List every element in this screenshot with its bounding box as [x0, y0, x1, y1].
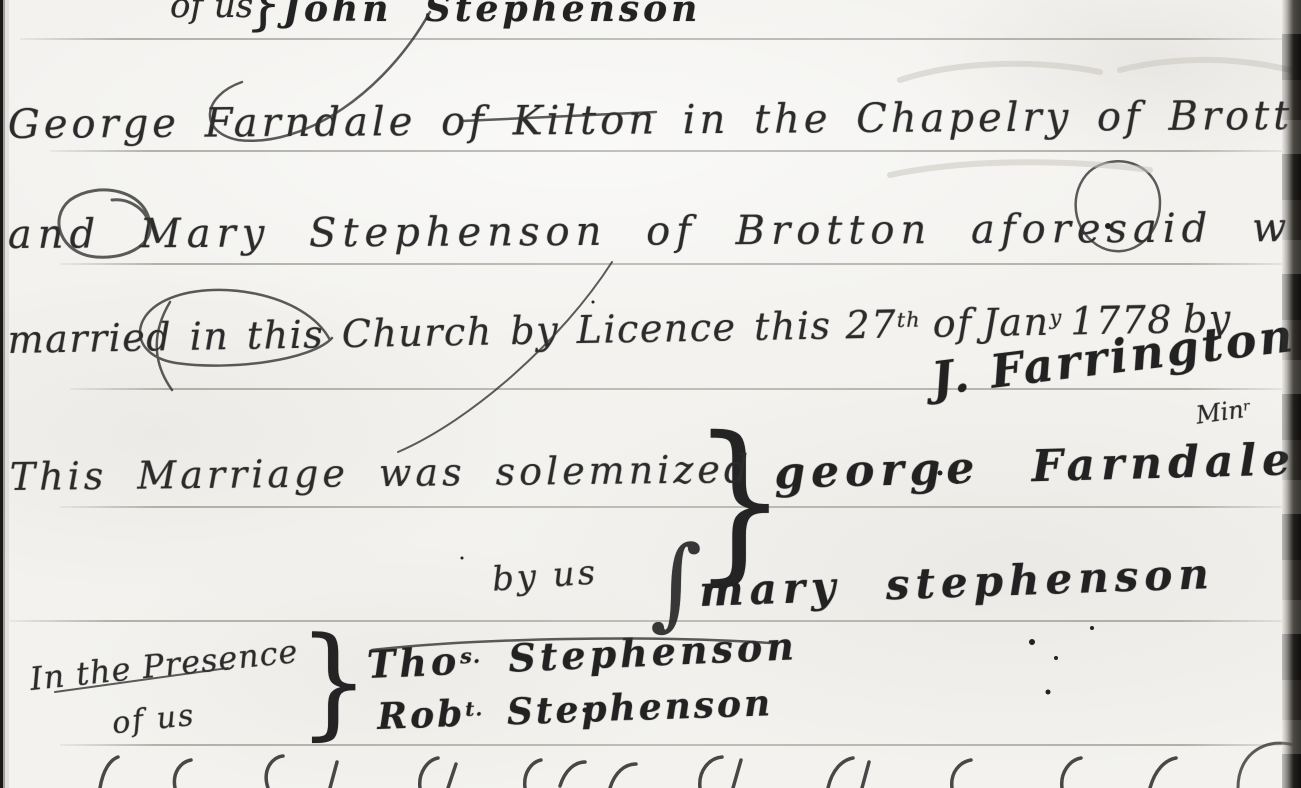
entry-line-groom: George Farndale of Kilton in the Chapelr… — [8, 93, 1301, 148]
page-left-edge-shadow — [0, 0, 9, 788]
witness1-surname: Stephenson — [507, 623, 798, 681]
marriage-day: 27 — [845, 302, 897, 347]
entry-line-bride: and Mary Stephenson of Brotton aforesaid… — [8, 205, 1301, 258]
ruled-line — [70, 388, 1282, 390]
witness1-forename: Tho — [366, 638, 461, 687]
marriage-of: of — [932, 301, 973, 346]
bride-line-flourish: ∫ — [650, 533, 702, 633]
previous-entry-witness-signature: John Stephenson — [283, 0, 701, 30]
ruled-line — [20, 38, 1282, 40]
witness-signature-1: Thos. Stephenson — [366, 623, 799, 687]
officiant-title-text: Min — [1194, 395, 1245, 429]
witness-signature-2: Robt. Stephenson — [377, 682, 774, 738]
witness-brace: } — [298, 622, 369, 743]
next-entry-partial-strokes — [100, 756, 1176, 788]
ruled-line — [60, 744, 1282, 746]
register-page-scan: of us } John Stephenson George Farndale … — [0, 0, 1301, 788]
flourish-diagonal-stroke — [398, 262, 612, 452]
witness2-surname: Stephenson — [506, 682, 774, 733]
ruled-line — [60, 263, 1282, 265]
attestation-statement: This Marriage was solemnized — [10, 447, 753, 499]
page-right-edge-binding — [1282, 0, 1301, 788]
officiant-title-sup: r — [1242, 399, 1251, 415]
witness2-forename: Rob — [377, 693, 467, 738]
witness-label-line2: of us — [110, 698, 197, 742]
marriage-day-ordinal: th — [897, 308, 921, 332]
attestation-by-us: by us — [491, 552, 600, 599]
marriage-statement-text: married in this Church by Licence this — [7, 304, 832, 362]
ruled-line — [60, 506, 1282, 508]
marriage-month-abbrev: y — [1049, 305, 1062, 329]
groom-signature: george Farndale — [774, 434, 1297, 499]
attestation-brace: } — [692, 415, 787, 588]
previous-entry-closing: of us — [170, 0, 253, 26]
ruled-line — [50, 150, 1282, 152]
witness2-sup: t. — [465, 696, 484, 721]
witness1-sup: s. — [459, 643, 481, 669]
ruled-line — [10, 620, 1282, 622]
officiant-title: Minr — [1194, 394, 1252, 429]
witness-label-line1: In the Presence — [28, 632, 300, 698]
